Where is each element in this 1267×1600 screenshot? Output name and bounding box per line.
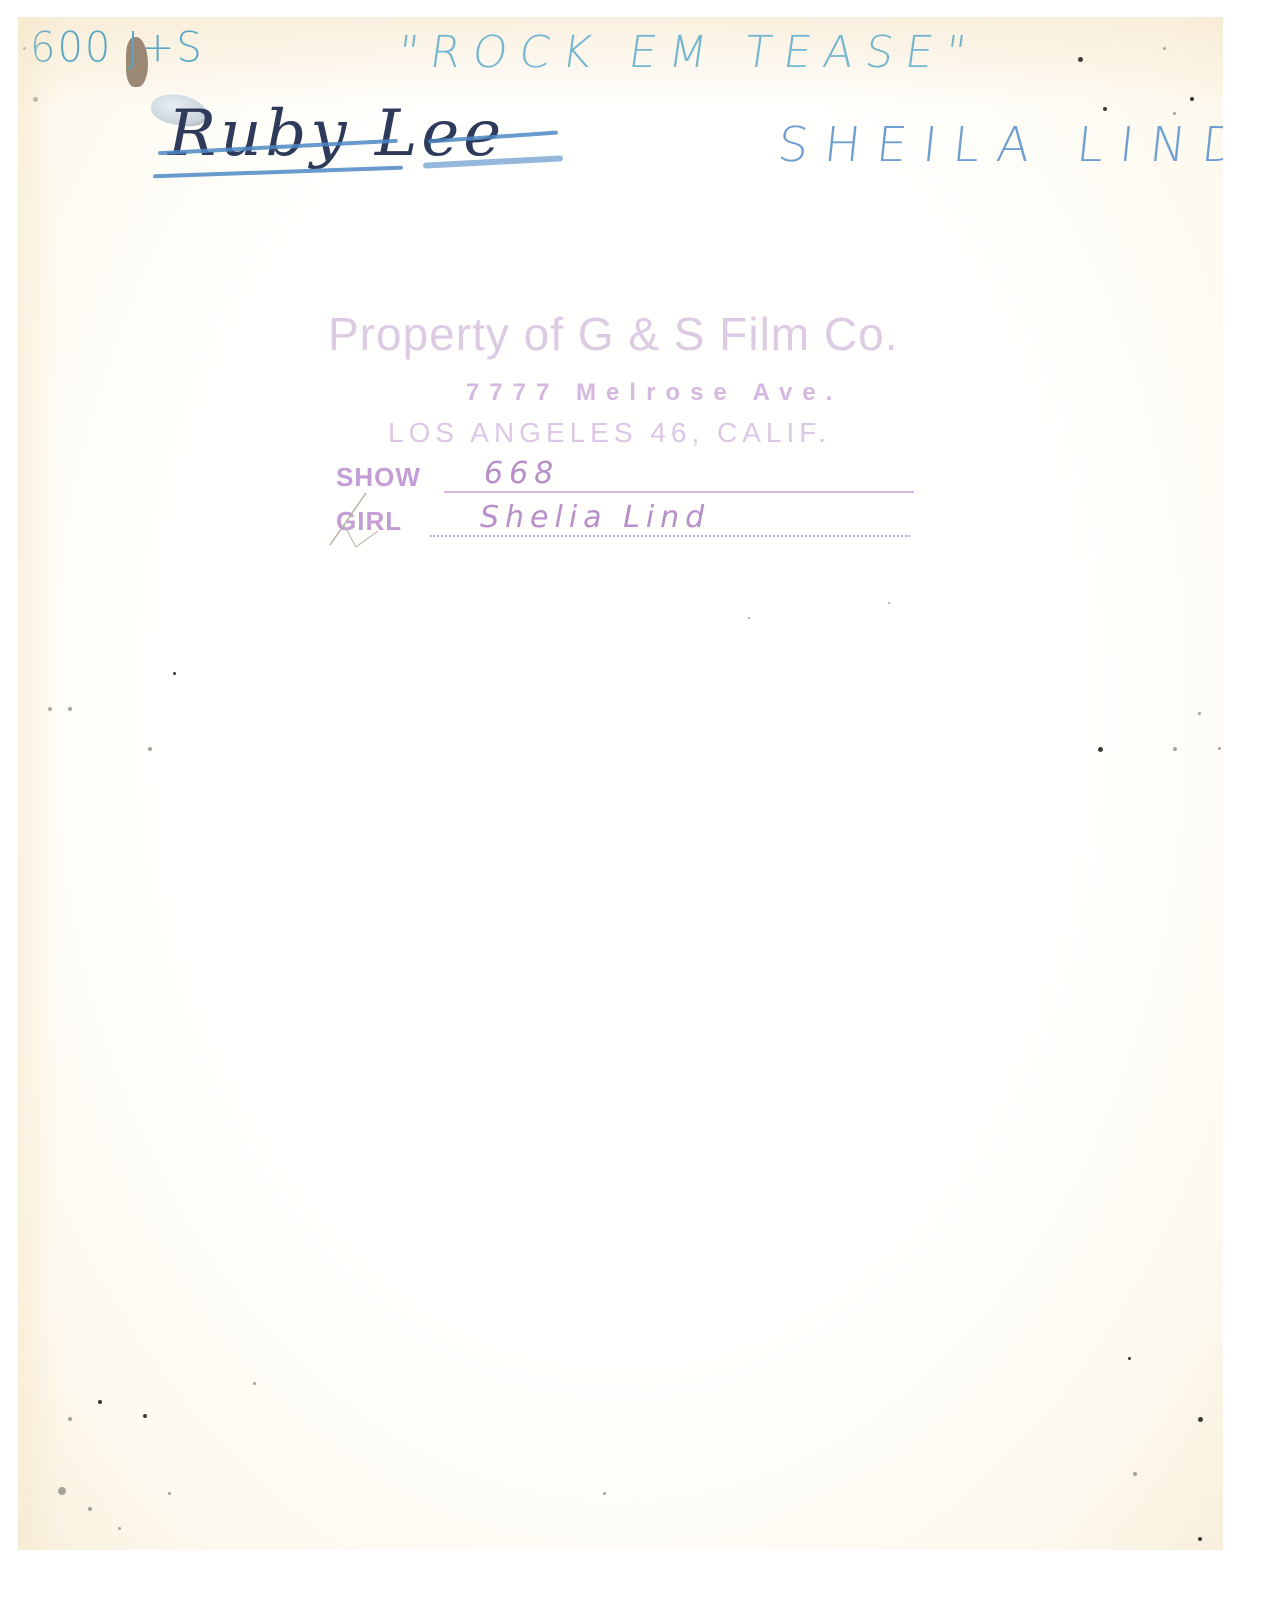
stamp-field-girl: GIRL Shelia Lind [336, 501, 910, 537]
photo-back-paper: 600 J+S "ROCK EM TEASE" Ruby Lee SHEILA … [18, 17, 1223, 1550]
dust-speck [253, 1382, 256, 1385]
dust-speck [1173, 747, 1177, 751]
dust-speck [888, 602, 890, 604]
dust-speck [33, 97, 38, 102]
dust-speck [48, 707, 52, 711]
dust-speck [748, 617, 750, 619]
stamp-city: LOS ANGELES 46, CALIF. [388, 417, 831, 449]
dust-speck [1198, 1417, 1203, 1422]
dust-speck [1190, 97, 1194, 101]
dust-speck [603, 1492, 606, 1495]
dust-speck [1128, 1357, 1131, 1360]
stamp-company-name: Property of G & S Film Co. [328, 307, 898, 361]
dust-speck [68, 707, 72, 711]
dust-speck [173, 672, 176, 675]
dust-speck [1173, 112, 1176, 115]
struck-out-name: Ruby Lee [168, 97, 505, 171]
dust-speck [58, 1487, 66, 1495]
field-line-girl: Shelia Lind [430, 501, 910, 537]
stamp-field-show: SHOW 668 [336, 457, 914, 493]
dust-speck [1133, 1472, 1137, 1476]
dust-speck [168, 1492, 171, 1495]
field-value-show: 668 [484, 456, 559, 491]
handwritten-title: "ROCK EM TEASE" [394, 27, 981, 78]
dust-speck [1098, 747, 1103, 752]
dust-speck [118, 1527, 121, 1530]
dust-speck [88, 1507, 92, 1511]
dust-speck [1218, 747, 1221, 750]
dust-speck [143, 1414, 147, 1418]
dust-speck [1103, 107, 1107, 111]
dust-speck [148, 747, 152, 751]
dust-speck [23, 47, 26, 50]
dust-speck [1198, 1537, 1202, 1541]
stamp-street-address: 7777 Melrose Ave. [466, 379, 842, 407]
field-value-girl: Shelia Lind [480, 500, 710, 535]
dust-speck [68, 1417, 72, 1421]
pencil-check-mark [326, 485, 406, 555]
field-line-show: 668 [444, 457, 914, 493]
dust-speck [1163, 47, 1166, 50]
dust-speck [1198, 712, 1201, 715]
dust-speck [98, 1400, 102, 1404]
handwritten-performer-name: SHEILA LIND [775, 117, 1223, 173]
handwritten-code: 600 J+S [30, 24, 204, 72]
dust-speck [1078, 57, 1083, 62]
